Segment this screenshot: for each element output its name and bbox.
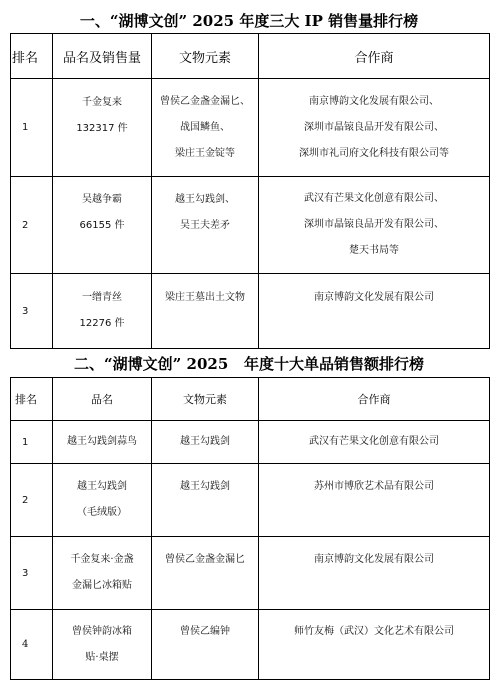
ip-sales-volume-table: 排名 品名及销售量 文物元素 合作商 1 千金复来 132317 件 曾侯乙金盏… (10, 33, 490, 349)
section2-title: 二、“湖博文创” 2025 年度十大单品销售额排行榜 (0, 355, 498, 373)
partner-item: 师竹友梅（武汉）文化艺术有限公司 (259, 626, 489, 638)
relic-item: 越王勾践剑 (152, 436, 258, 448)
partners-cell: 武汉有芒果文化创意有限公司、 深圳市晶锿良品开发有限公司、 楚天书局等 (259, 177, 490, 274)
product-cell: 吴越争霸 66155 件 (53, 177, 152, 274)
partners-cell: 师竹友梅（武汉）文化艺术有限公司 (259, 610, 490, 680)
relic-item: 梁庄王金锭等 (152, 148, 258, 160)
table-row: 1 越王勾践剑蒜鸟 越王勾践剑 武汉有芒果文化创意有限公司 (11, 421, 490, 464)
top-items-sales-revenue-table: 排名 品名 文物元素 合作商 1 越王勾践剑蒜鸟 越王勾践剑 武汉有芒果文化创意… (10, 377, 490, 680)
relics-cell: 越王勾践剑、 吴王夫差矛 (152, 177, 259, 274)
relic-item: 曾侯乙编钟 (152, 626, 258, 638)
header-rank: 排名 (11, 34, 53, 79)
header-relic-elements: 文物元素 (152, 378, 259, 421)
product-cell: 千金复来 132317 件 (53, 79, 152, 177)
header-product-sales: 品名及销售量 (53, 34, 152, 79)
relics-cell: 梁庄王墓出土文物 (152, 274, 259, 349)
product-cell: 越王勾践剑蒜鸟 (53, 421, 152, 464)
partner-item: 南京博韵文化发展有限公司 (259, 554, 489, 566)
table-row: 2 越王勾践剑 （毛绒版） 越王勾践剑 苏州市博欣艺术品有限公司 (11, 464, 490, 537)
partner-item: 深圳市礼司府文化科技有限公司等 (259, 148, 489, 160)
rank-cell: 4 (11, 610, 53, 680)
relic-item: 梁庄王墓出土文物 (152, 292, 258, 304)
product-name: 越王勾践剑 (53, 481, 151, 493)
partner-item: 武汉有芒果文化创意有限公司、 (259, 193, 489, 205)
partner-item: 苏州市博欣艺术品有限公司 (259, 481, 489, 493)
rank-cell: 2 (11, 177, 53, 274)
product-name: 一缯青丝 (53, 292, 151, 304)
rank-cell: 1 (11, 79, 53, 177)
product-name: 吴越争霸 (53, 194, 151, 206)
sales-volume: 132317 件 (53, 123, 151, 135)
table-row: 3 千金复来·金盏 金漏匕冰箱贴 曾侯乙金盏金漏匕 南京博韵文化发展有限公司 (11, 537, 490, 610)
product-name: 千金复来·金盏 (53, 554, 151, 566)
header-partners: 合作商 (259, 34, 490, 79)
header-product: 品名 (53, 378, 152, 421)
partners-cell: 南京博韵文化发展有限公司 (259, 274, 490, 349)
partner-item: 深圳市晶锿良品开发有限公司、 (259, 219, 489, 231)
sales-volume: 66155 件 (53, 220, 151, 232)
product-cell: 一缯青丝 12276 件 (53, 274, 152, 349)
rank-cell: 2 (11, 464, 53, 537)
relic-item: 吴王夫差矛 (152, 220, 258, 232)
partner-item: 武汉有芒果文化创意有限公司 (259, 436, 489, 448)
relic-item: 越王勾践剑 (152, 481, 258, 493)
product-name-cont: （毛绒版） (53, 507, 151, 519)
table-row: 1 千金复来 132317 件 曾侯乙金盏金漏匕、 战国鳞鱼、 梁庄王金锭等 南… (11, 79, 490, 177)
relic-item: 曾侯乙金盏金漏匕 (152, 554, 258, 566)
product-cell: 千金复来·金盏 金漏匕冰箱贴 (53, 537, 152, 610)
relics-cell: 曾侯乙金盏金漏匕 (152, 537, 259, 610)
table-header-row: 排名 品名 文物元素 合作商 (11, 378, 490, 421)
rank-cell: 3 (11, 274, 53, 349)
partner-item: 南京博韵文化发展有限公司 (259, 292, 489, 304)
partners-cell: 南京博韵文化发展有限公司 (259, 537, 490, 610)
product-cell: 越王勾践剑 （毛绒版） (53, 464, 152, 537)
partners-cell: 苏州市博欣艺术品有限公司 (259, 464, 490, 537)
table-row: 3 一缯青丝 12276 件 梁庄王墓出土文物 南京博韵文化发展有限公司 (11, 274, 490, 349)
sales-volume: 12276 件 (53, 318, 151, 330)
partner-item: 南京博韵文化发展有限公司、 (259, 96, 489, 108)
table-row: 4 曾侯钟韵冰箱 贴·桌摆 曾侯乙编钟 师竹友梅（武汉）文化艺术有限公司 (11, 610, 490, 680)
product-name: 曾侯钟韵冰箱 (53, 626, 151, 638)
relics-cell: 越王勾践剑 (152, 464, 259, 537)
relic-item: 曾侯乙金盏金漏匕、 (152, 96, 258, 108)
relic-item: 战国鳞鱼、 (152, 122, 258, 134)
relic-item: 越王勾践剑、 (152, 194, 258, 206)
product-name-cont: 贴·桌摆 (53, 652, 151, 664)
product-cell: 曾侯钟韵冰箱 贴·桌摆 (53, 610, 152, 680)
relics-cell: 越王勾践剑 (152, 421, 259, 464)
partners-cell: 南京博韵文化发展有限公司、 深圳市晶锿良品开发有限公司、 深圳市礼司府文化科技有… (259, 79, 490, 177)
product-name-cont: 金漏匕冰箱贴 (53, 580, 151, 592)
rank-cell: 3 (11, 537, 53, 610)
partner-item: 楚天书局等 (259, 245, 489, 257)
product-name: 越王勾践剑蒜鸟 (53, 436, 151, 448)
rank-cell: 1 (11, 421, 53, 464)
header-partners: 合作商 (259, 378, 490, 421)
table-row: 2 吴越争霸 66155 件 越王勾践剑、 吴王夫差矛 武汉有芒果文化创意有限公… (11, 177, 490, 274)
partner-item: 深圳市晶锿良品开发有限公司、 (259, 122, 489, 134)
section1-title: 一、“湖博文创” 2025 年度三大 IP 销售量排行榜 (0, 12, 498, 30)
header-rank: 排名 (11, 378, 53, 421)
partners-cell: 武汉有芒果文化创意有限公司 (259, 421, 490, 464)
table-header-row: 排名 品名及销售量 文物元素 合作商 (11, 34, 490, 79)
header-relic-elements: 文物元素 (152, 34, 259, 79)
product-name: 千金复来 (53, 97, 151, 109)
relics-cell: 曾侯乙金盏金漏匕、 战国鳞鱼、 梁庄王金锭等 (152, 79, 259, 177)
relics-cell: 曾侯乙编钟 (152, 610, 259, 680)
